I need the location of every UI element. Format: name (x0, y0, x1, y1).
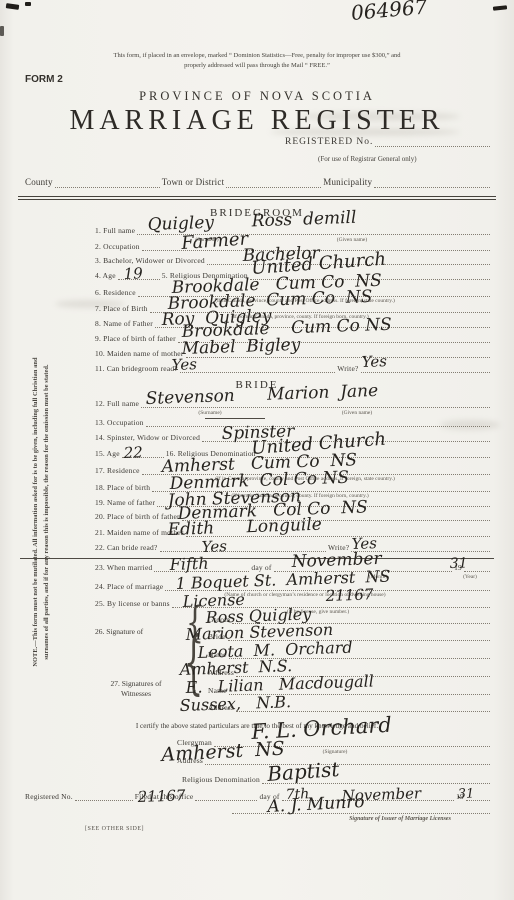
field-label: Religious Denomination (182, 776, 260, 784)
field-label: 15. Age (95, 450, 120, 458)
field-label: 8. Name of Father (95, 320, 153, 328)
field-label: 12. Full name (95, 400, 139, 408)
signature-of-label: 26. Signature of (95, 627, 143, 636)
margin-note-line2: surnames of all parties, and if for any … (41, 290, 52, 734)
married-day-handwritten: Fifth (169, 556, 208, 573)
margin-note-line1: NOTE.—This form must not be mutilated. A… (30, 290, 41, 734)
groom-read-handwritten: Yes (171, 357, 197, 373)
dotted-leader (226, 187, 321, 188)
groom-age-handwritten: 19 (123, 266, 143, 282)
registered-no-label: REGISTERED No. (285, 137, 373, 147)
field-label: 2. Occupation (95, 243, 140, 251)
field-label: 14. Spinster, Widow or Divorced (95, 434, 200, 442)
field-label: 4. Age (95, 272, 116, 280)
field-label: 11. Can bridegroom read? (95, 365, 178, 373)
field-label: 13. Occupation (95, 419, 144, 427)
field-label: 23. When married (95, 564, 152, 572)
see-other-side-note: [SEE OTHER SIDE] (85, 826, 144, 832)
mail-note-line1: This form, if placed in an envelope, mar… (0, 52, 514, 59)
bride-age-handwritten: 22 (123, 445, 143, 461)
dotted-leader (361, 372, 490, 373)
groom-mother-handwritten: Mabel Bigley (181, 337, 300, 358)
field-label: 18. Place of birth (95, 484, 150, 492)
issuer-signature-handwritten: A. J. Munro (267, 794, 365, 816)
field-label: 25. By license or banns (95, 600, 170, 608)
bride-read-write-row: 22. Can bride read? Write? (95, 540, 492, 552)
registered-no-row: REGISTERED No. (285, 133, 492, 147)
section-divider (20, 558, 494, 559)
town-district-label: Town or District (162, 178, 225, 188)
field-label: Registered No. (25, 793, 73, 801)
dotted-leader (374, 187, 490, 188)
registrar-only-note: (For use of Registrar General only) (318, 155, 417, 163)
dotted-leader (464, 571, 490, 572)
witnesses-label-line2: Witnesses (92, 689, 180, 699)
witness2-address-handwritten: Sussex, N.B. (179, 694, 291, 714)
groom-occupation-handwritten: Farmer (181, 230, 249, 253)
serial-number-handwritten: 064967 (350, 0, 428, 23)
field-label: 17. Residence (95, 467, 140, 475)
field-label: 7. Place of Birth (95, 305, 148, 313)
married-year-handwritten: 31 (450, 556, 468, 571)
field-label: 19. Name of father (95, 499, 155, 507)
field-label: 9. Place of birth of father (95, 335, 176, 343)
mail-note-line2: properly addressed will pass through the… (0, 62, 514, 69)
dotted-leader (205, 764, 490, 765)
scan-edge-mark (493, 5, 507, 10)
dotted-leader (375, 146, 490, 147)
dotted-leader (75, 800, 133, 801)
filed-year-handwritten: 31 (458, 787, 475, 801)
groom-read-write-row: 11. Can bridegroom read? Write? (95, 361, 492, 373)
county-label: County (25, 178, 53, 188)
double-rule (18, 196, 496, 200)
bride-read-handwritten: Yes (201, 539, 227, 555)
form-number: FORM 2 (25, 74, 63, 85)
field-label: 24. Place of marriage (95, 583, 163, 591)
province-heading: PROVINCE OF NOVA SCOTIA (0, 89, 514, 104)
witnesses-label: 27. Signatures of Witnesses (92, 679, 180, 699)
scan-edge-mark (0, 26, 4, 36)
witnesses-label-line1: 27. Signatures of (92, 679, 180, 689)
marriage-register-form: 064967 This form, if placed in an envelo… (0, 0, 514, 900)
license-number-handwritten: 21167 (325, 587, 373, 604)
dotted-leader (180, 372, 335, 373)
dotted-leader (55, 187, 160, 188)
field-label: 3. Bachelor, Widower or Divorced (95, 257, 205, 265)
county-district-row: County Town or District Municipality (25, 176, 492, 188)
field-label: 10. Maiden name of mother (95, 350, 184, 358)
dotted-leader (146, 426, 490, 427)
margin-note: NOTE.—This form must not be mutilated. A… (30, 290, 53, 734)
scan-edge-mark (25, 2, 31, 6)
scan-edge-mark (6, 3, 20, 10)
clergyman-denomination-handwritten: Baptist (267, 759, 340, 784)
field-label: 6. Residence (95, 289, 136, 297)
dotted-leader (195, 800, 257, 801)
registered-filed-row: Registered No. Filed at this office day … (25, 789, 492, 801)
groom-write-handwritten: Yes (361, 354, 387, 370)
registered-number-handwritten: 21167 (137, 788, 185, 805)
field-label: 22. Can bride read? (95, 544, 158, 552)
municipality-label: Municipality (323, 178, 372, 188)
field-label: 1. Full name (95, 227, 135, 235)
issuer-caption: Signature of Issuer of Marriage Licenses (349, 816, 451, 822)
field-label: Write? (337, 365, 358, 373)
